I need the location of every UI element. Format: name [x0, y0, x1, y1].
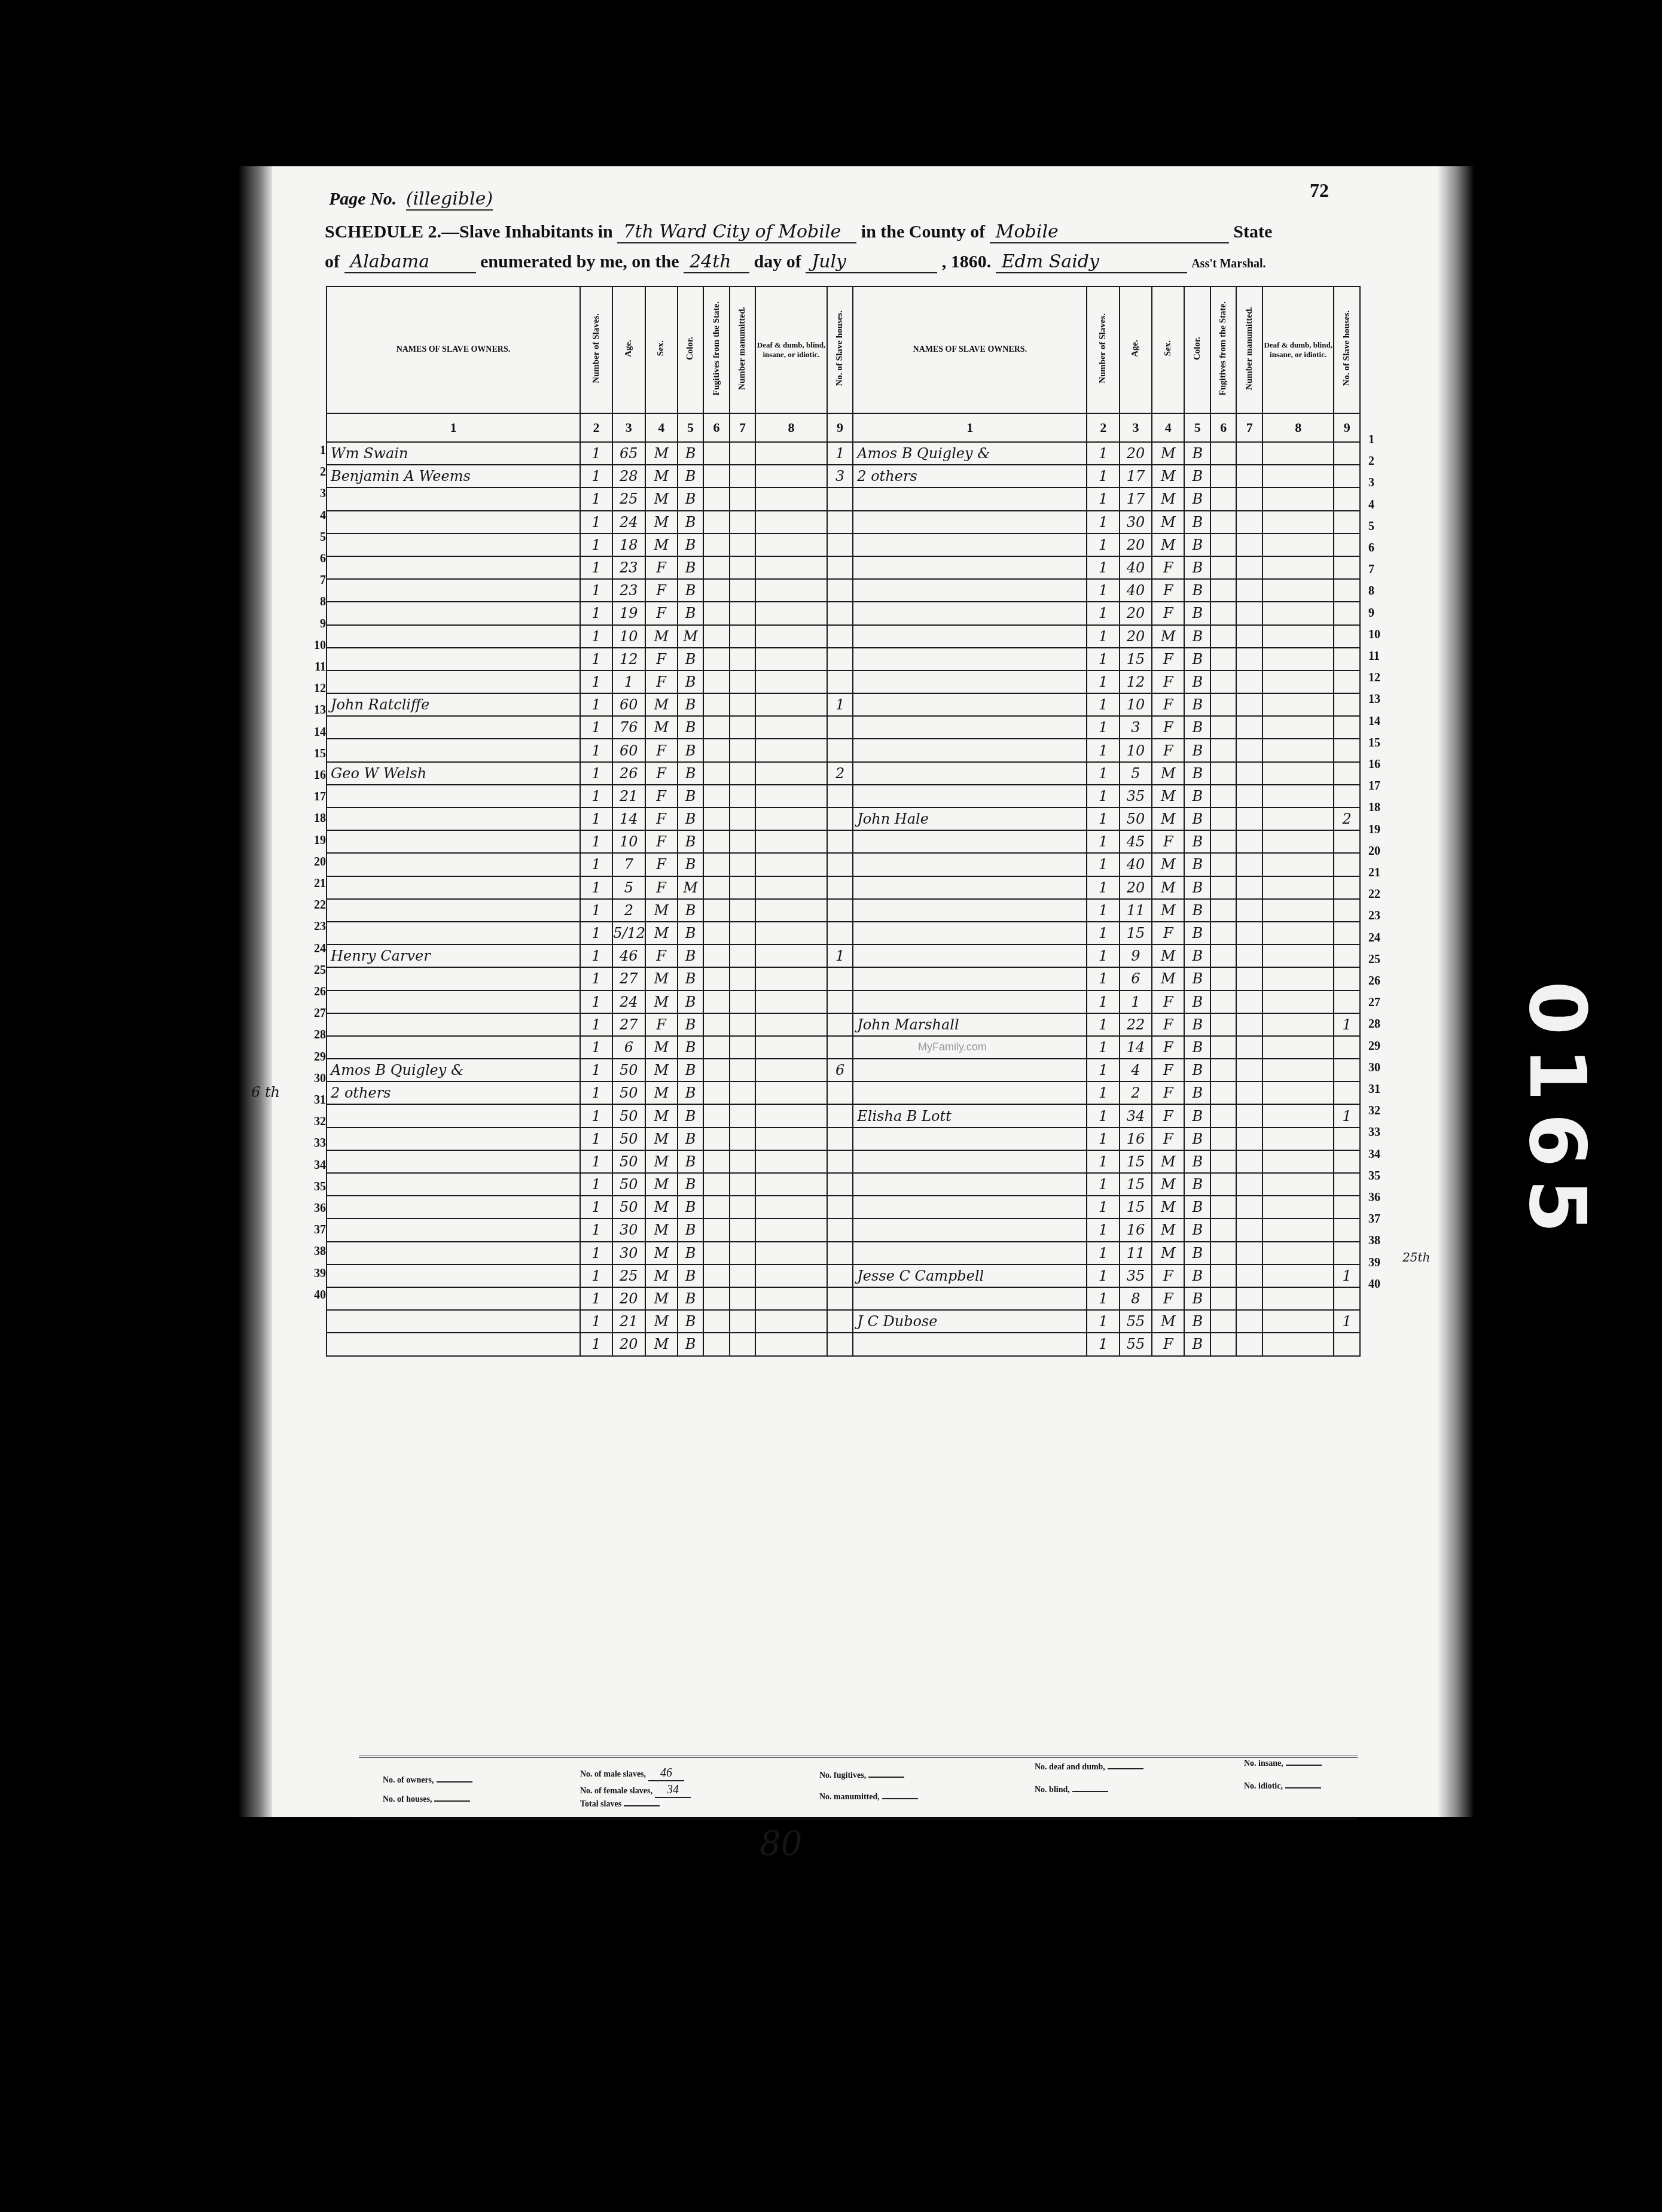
left-deaf-cell	[755, 991, 827, 1013]
left-age-cell: 10	[612, 625, 645, 648]
left-age-cell: 60	[612, 693, 645, 716]
right-sex-cell: F	[1152, 1333, 1184, 1355]
left-color-cell: B	[678, 762, 703, 785]
right-man-cell	[1236, 1036, 1262, 1059]
left-houses-cell: 6	[827, 1059, 853, 1081]
left-houses-cell	[827, 967, 853, 990]
left-sex-cell: F	[645, 579, 678, 602]
right-owner-cell: 2 others	[853, 465, 1087, 488]
left-man-cell	[730, 602, 755, 624]
left-num-cell: 1	[580, 922, 612, 944]
header-deaf-right: Deaf & dumb, blind, insane, or idiotic.	[1262, 287, 1334, 413]
left-deaf-cell	[755, 830, 827, 853]
left-sex-cell: F	[645, 762, 678, 785]
row-number-right: 30	[1368, 1061, 1392, 1075]
left-num-cell: 1	[580, 785, 612, 808]
left-deaf-cell	[755, 785, 827, 808]
row-number-right: 8	[1368, 584, 1392, 598]
right-color-cell: B	[1184, 1196, 1210, 1218]
table-row: 130MB116MB	[327, 1218, 1360, 1241]
left-sex-cell: F	[645, 944, 678, 967]
left-owner-cell: 2 others	[327, 1081, 580, 1104]
left-man-cell	[730, 1081, 755, 1104]
left-fug-cell	[703, 465, 729, 488]
right-man-cell	[1236, 1173, 1262, 1196]
left-num-cell: 1	[580, 1333, 612, 1355]
left-sex-cell: F	[645, 556, 678, 579]
left-man-cell	[730, 556, 755, 579]
left-fug-cell	[703, 556, 729, 579]
right-color-cell: B	[1184, 991, 1210, 1013]
table-row: 15FM120MB	[327, 876, 1360, 899]
right-color-cell: B	[1184, 579, 1210, 602]
col-num: 2	[1087, 413, 1119, 442]
left-man-cell	[730, 671, 755, 693]
right-owner-cell	[853, 739, 1087, 761]
right-houses-cell	[1334, 693, 1360, 716]
row-number-left: 34	[302, 1159, 326, 1172]
right-houses-cell: 2	[1334, 808, 1360, 830]
left-deaf-cell	[755, 693, 827, 716]
right-color-cell: B	[1184, 785, 1210, 808]
left-num-cell: 1	[580, 899, 612, 922]
left-deaf-cell	[755, 1333, 827, 1355]
right-num-cell: 1	[1087, 1242, 1119, 1265]
right-sex-cell: F	[1152, 579, 1184, 602]
left-man-cell	[730, 991, 755, 1013]
left-man-cell	[730, 739, 755, 761]
right-num-cell: 1	[1087, 1310, 1119, 1333]
left-houses-cell	[827, 991, 853, 1013]
right-owner-cell	[853, 1196, 1087, 1218]
left-man-cell	[730, 511, 755, 534]
left-man-cell	[730, 1287, 755, 1310]
left-deaf-cell	[755, 1081, 827, 1104]
left-num-cell: 1	[580, 1013, 612, 1036]
left-age-cell: 19	[612, 602, 645, 624]
right-deaf-cell	[1262, 876, 1334, 899]
right-age-cell: 15	[1120, 1173, 1152, 1196]
right-num-cell: 1	[1087, 1081, 1119, 1104]
left-num-cell: 1	[580, 1196, 612, 1218]
left-deaf-cell	[755, 1036, 827, 1059]
left-man-cell	[730, 534, 755, 556]
right-deaf-cell	[1262, 1242, 1334, 1265]
col-num: 9	[827, 413, 853, 442]
right-fug-cell	[1210, 579, 1236, 602]
left-owner-cell	[327, 967, 580, 990]
left-age-cell: 7	[612, 853, 645, 876]
left-owner-cell	[327, 1196, 580, 1218]
right-color-cell: B	[1184, 762, 1210, 785]
right-age-cell: 15	[1120, 1196, 1152, 1218]
left-age-cell: 24	[612, 511, 645, 534]
left-sex-cell: M	[645, 1218, 678, 1241]
marshal-label: Ass't Marshal.	[1191, 257, 1265, 270]
census-table: NAMES OF SLAVE OWNERS. Number of Slaves.…	[326, 286, 1361, 1357]
left-houses-cell	[827, 830, 853, 853]
left-age-cell: 30	[612, 1218, 645, 1241]
left-fug-cell	[703, 671, 729, 693]
right-man-cell	[1236, 648, 1262, 671]
row-number-right: 40	[1368, 1278, 1392, 1291]
col-num: 3	[1120, 413, 1152, 442]
right-color-cell: B	[1184, 1013, 1210, 1036]
table-row: 150MB115MB	[327, 1196, 1360, 1218]
right-owner-cell	[853, 625, 1087, 648]
left-num-cell: 1	[580, 602, 612, 624]
right-deaf-cell	[1262, 602, 1334, 624]
row-number-left: 36	[302, 1202, 326, 1215]
right-num-cell: 1	[1087, 991, 1119, 1013]
left-age-cell: 14	[612, 808, 645, 830]
left-houses-cell	[827, 671, 853, 693]
left-color-cell: B	[678, 1013, 703, 1036]
row-number-left: 37	[302, 1223, 326, 1237]
right-sex-cell: F	[1152, 1013, 1184, 1036]
left-color-cell: B	[678, 1310, 703, 1333]
left-color-cell: B	[678, 1173, 703, 1196]
left-deaf-cell	[755, 1059, 827, 1081]
left-fug-cell	[703, 991, 729, 1013]
left-num-cell: 1	[580, 1218, 612, 1241]
left-owner-cell	[327, 556, 580, 579]
right-num-cell: 1	[1087, 602, 1119, 624]
table-row: 121FB135MB	[327, 785, 1360, 808]
row-number-left: 40	[302, 1288, 326, 1302]
right-deaf-cell	[1262, 579, 1334, 602]
table-row: Geo W Welsh126FB215MB	[327, 762, 1360, 785]
row-number-left: 1	[302, 444, 326, 458]
left-man-cell	[730, 762, 755, 785]
right-houses-cell	[1334, 716, 1360, 739]
right-deaf-cell	[1262, 1081, 1334, 1104]
right-man-cell	[1236, 1104, 1262, 1127]
right-sex-cell: F	[1152, 648, 1184, 671]
left-houses-cell	[827, 853, 853, 876]
header-number-right: Number of Slaves.	[1087, 287, 1119, 413]
right-houses-cell	[1334, 625, 1360, 648]
left-owner-cell: Henry Carver	[327, 944, 580, 967]
left-deaf-cell	[755, 1173, 827, 1196]
right-sex-cell: F	[1152, 671, 1184, 693]
left-num-cell: 1	[580, 648, 612, 671]
left-houses-cell	[827, 511, 853, 534]
table-row: 160FB110FB	[327, 739, 1360, 761]
left-num-cell: 1	[580, 1310, 612, 1333]
right-color-cell: B	[1184, 1173, 1210, 1196]
left-num-cell: 1	[580, 442, 612, 465]
left-fug-cell	[703, 1218, 729, 1241]
marshal-name: Edm Saidy	[996, 251, 1187, 273]
left-man-cell	[730, 944, 755, 967]
left-fug-cell	[703, 625, 729, 648]
right-houses-cell	[1334, 442, 1360, 465]
left-sex-cell: F	[645, 648, 678, 671]
row-number-right: 12	[1368, 671, 1392, 685]
right-num-cell: 1	[1087, 1150, 1119, 1173]
right-sex-cell: F	[1152, 1287, 1184, 1310]
right-sex-cell: M	[1152, 625, 1184, 648]
right-sex-cell: M	[1152, 465, 1184, 488]
left-sex-cell: F	[645, 876, 678, 899]
row-number-right: 6	[1368, 541, 1392, 555]
left-deaf-cell	[755, 1242, 827, 1265]
header-deaf-left: Deaf & dumb, blind, insane, or idiotic.	[755, 287, 827, 413]
left-houses-cell	[827, 1310, 853, 1333]
header-fugitives-left: Fugitives from the State.	[703, 287, 729, 413]
left-deaf-cell	[755, 556, 827, 579]
right-houses-cell: 1	[1334, 1104, 1360, 1127]
left-sex-cell: F	[645, 602, 678, 624]
right-color-cell: B	[1184, 556, 1210, 579]
left-fug-cell	[703, 534, 729, 556]
right-man-cell	[1236, 1013, 1262, 1036]
right-houses-cell	[1334, 853, 1360, 876]
left-deaf-cell	[755, 488, 827, 510]
left-deaf-cell	[755, 808, 827, 830]
right-age-cell: 20	[1120, 625, 1152, 648]
right-age-cell: 1	[1120, 991, 1152, 1013]
left-fug-cell	[703, 648, 729, 671]
left-fug-cell	[703, 1150, 729, 1173]
table-row: Henry Carver146FB119MB	[327, 944, 1360, 967]
table-row: 2 others150MB12FB	[327, 1081, 1360, 1104]
right-houses-cell	[1334, 1173, 1360, 1196]
right-color-cell: B	[1184, 648, 1210, 671]
right-man-cell	[1236, 1265, 1262, 1287]
right-deaf-cell	[1262, 762, 1334, 785]
left-sex-cell: M	[645, 1059, 678, 1081]
row-number-right: 34	[1368, 1148, 1392, 1162]
left-owner-cell	[327, 785, 580, 808]
right-age-cell: 16	[1120, 1128, 1152, 1150]
left-man-cell	[730, 716, 755, 739]
right-color-cell: B	[1184, 1059, 1210, 1081]
col-num: 8	[1262, 413, 1334, 442]
left-num-cell: 1	[580, 671, 612, 693]
row-number-left: 4	[302, 509, 326, 523]
header-manumitted-left: Number manumitted.	[730, 287, 755, 413]
left-man-cell	[730, 442, 755, 465]
state-value: Alabama	[344, 251, 476, 273]
left-color-cell: B	[678, 693, 703, 716]
right-sex-cell: M	[1152, 488, 1184, 510]
left-color-cell: B	[678, 1059, 703, 1081]
location-value: 7th Ward City of Mobile	[617, 221, 856, 243]
left-num-cell: 1	[580, 625, 612, 648]
right-age-cell: 3	[1120, 716, 1152, 739]
col-num: 6	[1210, 413, 1236, 442]
col-num: 7	[1236, 413, 1262, 442]
right-fug-cell	[1210, 1173, 1236, 1196]
table-row: 17FB140MB	[327, 853, 1360, 876]
left-owner-cell	[327, 534, 580, 556]
row-number-right: 9	[1368, 607, 1392, 620]
right-fug-cell	[1210, 671, 1236, 693]
right-fug-cell	[1210, 1242, 1236, 1265]
right-fug-cell	[1210, 693, 1236, 716]
left-num-cell: 1	[580, 739, 612, 761]
right-sex-cell: M	[1152, 967, 1184, 990]
left-owner-cell	[327, 1036, 580, 1059]
left-fug-cell	[703, 899, 729, 922]
right-houses-cell: 1	[1334, 1013, 1360, 1036]
right-man-cell	[1236, 1287, 1262, 1310]
header-color-left: Color.	[678, 287, 703, 413]
page-number: Page No. (illegible)	[329, 188, 493, 211]
right-age-cell: 9	[1120, 944, 1152, 967]
left-sex-cell: M	[645, 716, 678, 739]
row-number-right: 37	[1368, 1212, 1392, 1226]
left-fug-cell	[703, 967, 729, 990]
right-num-cell: 1	[1087, 1013, 1119, 1036]
right-man-cell	[1236, 899, 1262, 922]
right-man-cell	[1236, 534, 1262, 556]
left-color-cell: B	[678, 1150, 703, 1173]
right-owner-cell	[853, 876, 1087, 899]
table-row: 150MB116FB	[327, 1128, 1360, 1150]
left-fug-cell	[703, 602, 729, 624]
left-num-cell: 1	[580, 991, 612, 1013]
row-number-right: 26	[1368, 974, 1392, 988]
row-number-left: 17	[302, 790, 326, 804]
row-number-right: 38	[1368, 1234, 1392, 1248]
left-houses-cell	[827, 625, 853, 648]
page-number-label: Page No.	[329, 189, 397, 209]
right-houses-cell	[1334, 785, 1360, 808]
table-row: Amos B Quigley &150MB614FB	[327, 1059, 1360, 1081]
left-color-cell: B	[678, 465, 703, 488]
right-color-cell: B	[1184, 1218, 1210, 1241]
right-deaf-cell	[1262, 625, 1334, 648]
header-names-left: NAMES OF SLAVE OWNERS.	[327, 287, 580, 413]
left-fug-cell	[703, 1310, 729, 1333]
header-manumitted-right: Number manumitted.	[1236, 287, 1262, 413]
right-fug-cell	[1210, 853, 1236, 876]
left-num-cell: 1	[580, 944, 612, 967]
row-number-left: 21	[302, 877, 326, 891]
left-owner-cell	[327, 1310, 580, 1333]
right-owner-cell	[853, 1333, 1087, 1355]
right-owner-cell	[853, 648, 1087, 671]
row-number-left: 3	[302, 487, 326, 501]
left-num-cell: 1	[580, 1104, 612, 1127]
left-age-cell: 65	[612, 442, 645, 465]
paper-right-edge	[1438, 166, 1474, 1817]
left-sex-cell: M	[645, 1196, 678, 1218]
right-owner-cell	[853, 762, 1087, 785]
right-age-cell: 30	[1120, 511, 1152, 534]
left-color-cell: B	[678, 922, 703, 944]
left-num-cell: 1	[580, 465, 612, 488]
row-number-left: 39	[302, 1267, 326, 1281]
left-age-cell: 50	[612, 1173, 645, 1196]
margin-stamp-number: 0165	[1531, 981, 1603, 1245]
left-man-cell	[730, 1310, 755, 1333]
right-fug-cell	[1210, 442, 1236, 465]
right-color-cell: B	[1184, 944, 1210, 967]
left-num-cell: 1	[580, 967, 612, 990]
left-color-cell: M	[678, 876, 703, 899]
right-age-cell: 22	[1120, 1013, 1152, 1036]
row-number-left: 26	[302, 985, 326, 999]
left-houses-cell	[827, 648, 853, 671]
header-sex-right: Sex.	[1152, 287, 1184, 413]
col-num: 7	[730, 413, 755, 442]
left-owner-cell	[327, 1150, 580, 1173]
right-num-cell: 1	[1087, 511, 1119, 534]
row-number-left: 24	[302, 942, 326, 956]
row-number-right: 28	[1368, 1017, 1392, 1031]
right-fug-cell	[1210, 511, 1236, 534]
right-color-cell: B	[1184, 1036, 1210, 1059]
left-sex-cell: F	[645, 1013, 678, 1036]
right-age-cell: 50	[1120, 808, 1152, 830]
left-margin-note: 6 th	[251, 1084, 280, 1101]
left-deaf-cell	[755, 1218, 827, 1241]
right-man-cell	[1236, 967, 1262, 990]
right-fug-cell	[1210, 625, 1236, 648]
right-margin-note: 25th	[1402, 1250, 1430, 1265]
row-number-right: 36	[1368, 1191, 1392, 1205]
left-houses-cell	[827, 1287, 853, 1310]
right-man-cell	[1236, 602, 1262, 624]
right-num-cell: 1	[1087, 1287, 1119, 1310]
right-fug-cell	[1210, 1150, 1236, 1173]
row-number-right: 32	[1368, 1104, 1392, 1118]
right-age-cell: 40	[1120, 556, 1152, 579]
left-houses-cell	[827, 1013, 853, 1036]
right-color-cell: B	[1184, 876, 1210, 899]
right-age-cell: 20	[1120, 442, 1152, 465]
left-man-cell	[730, 648, 755, 671]
right-houses-cell	[1334, 967, 1360, 990]
right-num-cell: 1	[1087, 853, 1119, 876]
left-sex-cell: M	[645, 1310, 678, 1333]
right-houses-cell	[1334, 739, 1360, 761]
left-num-cell: 1	[580, 853, 612, 876]
fugitives-count: No. fugitives,	[819, 1771, 904, 1781]
left-num-cell: 1	[580, 762, 612, 785]
right-houses-cell	[1334, 556, 1360, 579]
page-number-value: (illegible)	[406, 188, 493, 211]
left-man-cell	[730, 1265, 755, 1287]
right-owner-cell	[853, 511, 1087, 534]
left-owner-cell	[327, 1242, 580, 1265]
left-num-cell: 1	[580, 830, 612, 853]
right-num-cell: 1	[1087, 808, 1119, 830]
right-deaf-cell	[1262, 511, 1334, 534]
right-age-cell: 34	[1120, 1104, 1152, 1127]
right-deaf-cell	[1262, 648, 1334, 671]
right-houses-cell	[1334, 1081, 1360, 1104]
right-num-cell: 1	[1087, 1173, 1119, 1196]
right-man-cell	[1236, 739, 1262, 761]
left-sex-cell: M	[645, 1173, 678, 1196]
right-owner-cell	[853, 579, 1087, 602]
right-owner-cell	[853, 716, 1087, 739]
right-sex-cell: F	[1152, 693, 1184, 716]
paper-left-edge	[238, 166, 274, 1817]
right-num-cell: 1	[1087, 876, 1119, 899]
row-number-left: 31	[302, 1093, 326, 1107]
right-deaf-cell	[1262, 671, 1334, 693]
right-houses-cell	[1334, 488, 1360, 510]
right-sex-cell: F	[1152, 830, 1184, 853]
left-sex-cell: M	[645, 488, 678, 510]
right-fug-cell	[1210, 1218, 1236, 1241]
